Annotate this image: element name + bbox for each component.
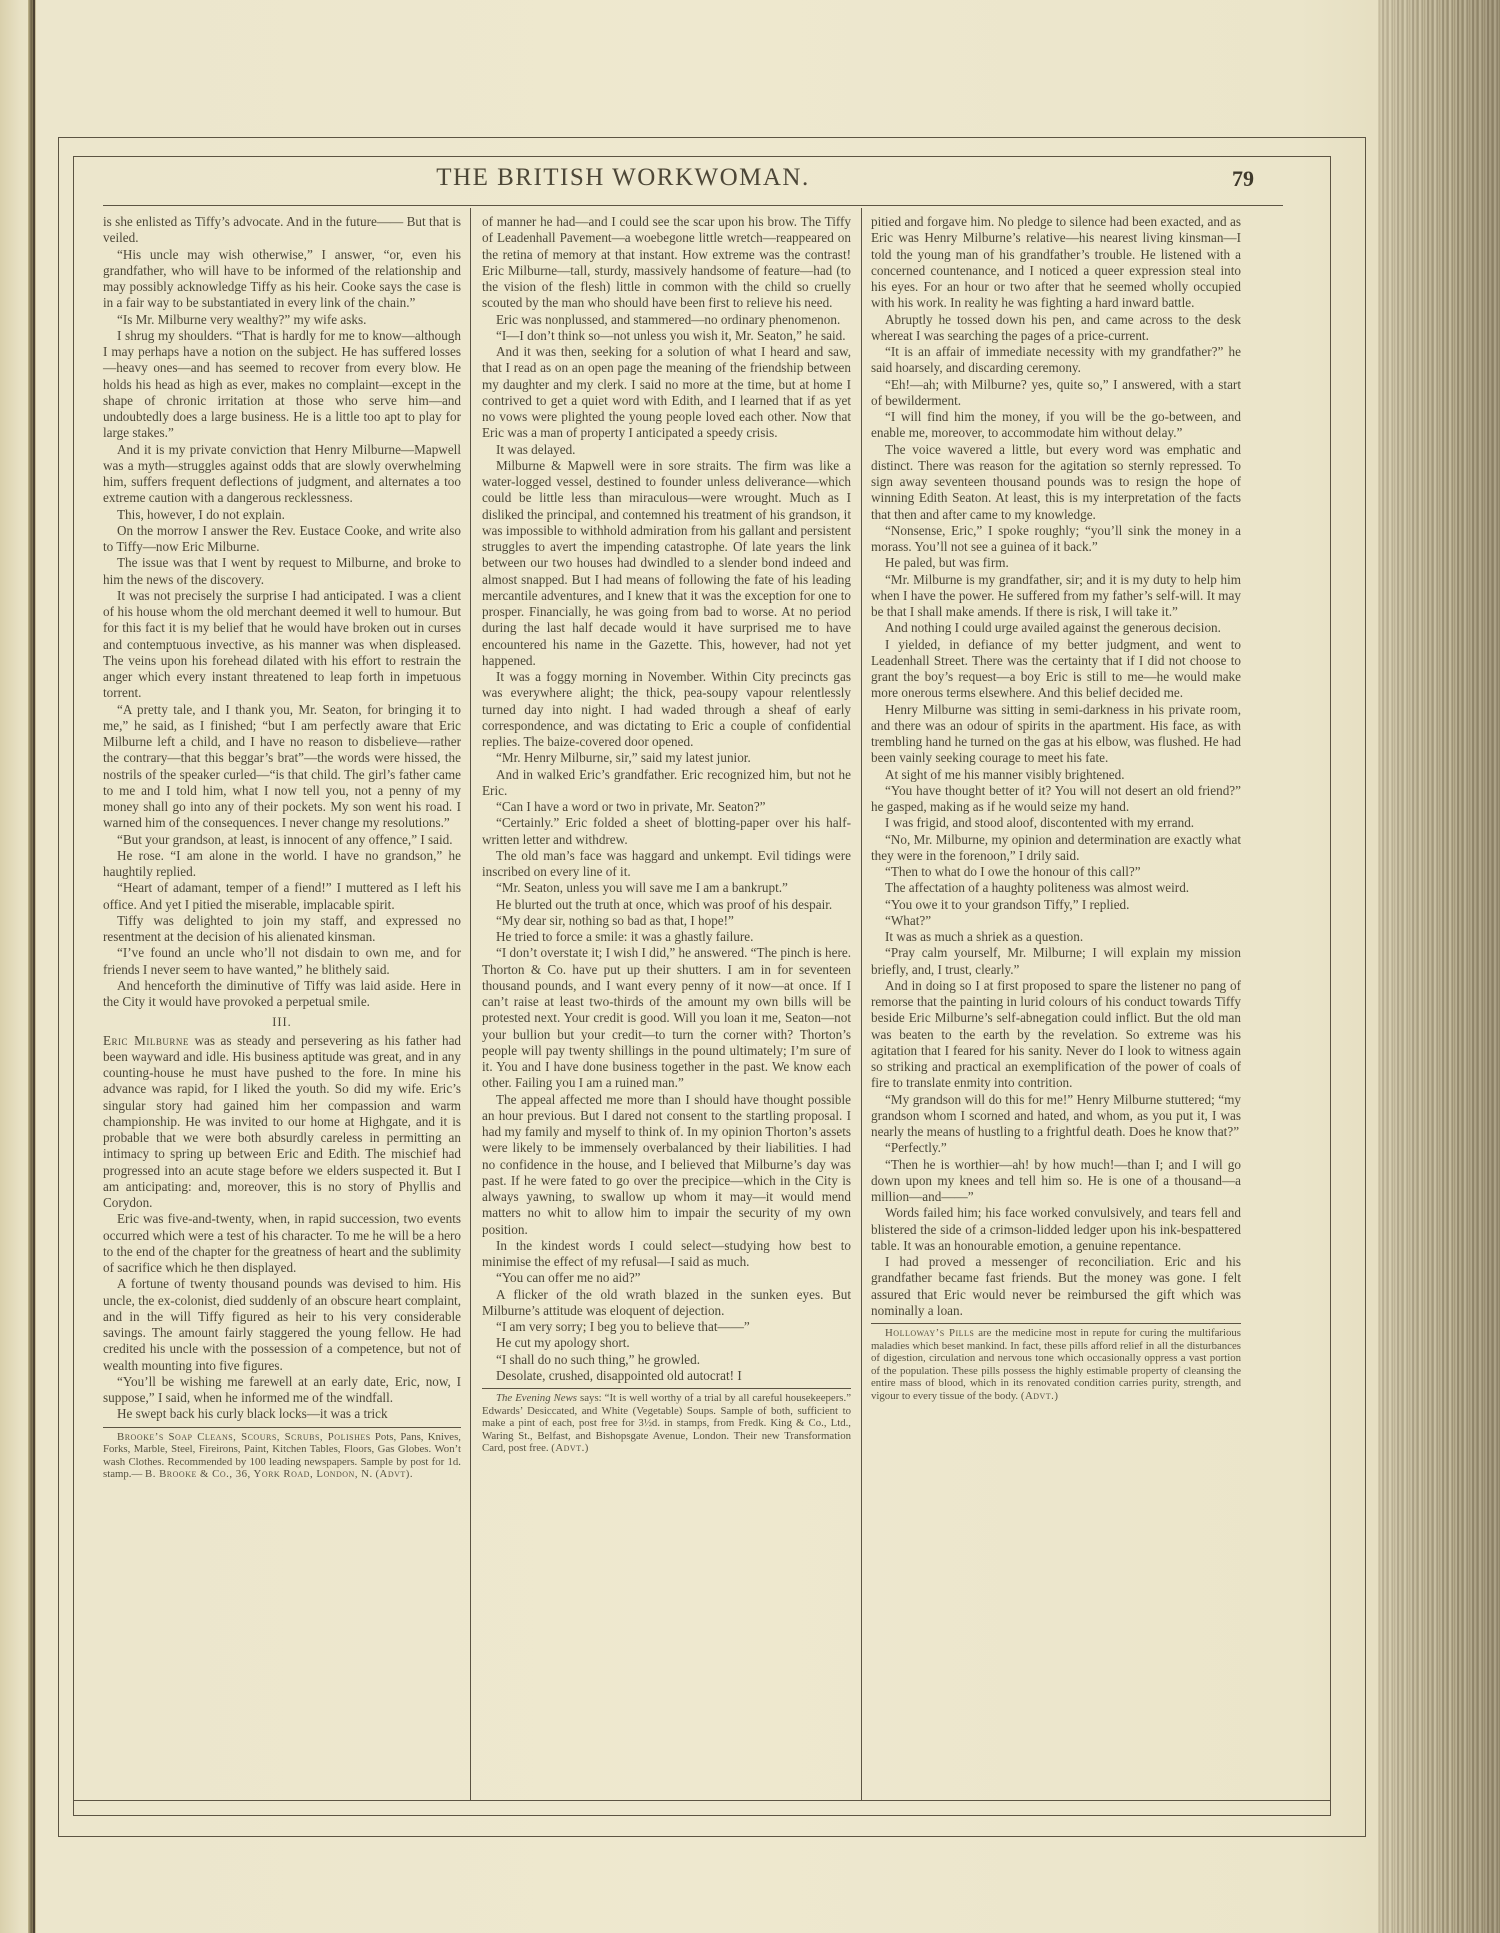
paragraph: “I don’t overstate it; I wish I did,” he… [482,945,851,1091]
article-column-1: is she enlisted as Tiffy’s advocate. And… [103,214,461,1481]
section-number: III. [103,1014,461,1030]
advert-tag: (Advt.) [551,1442,589,1454]
paragraph: “You can offer me no aid?” [482,1270,851,1286]
paragraph: It was delayed. [482,442,851,458]
paragraph: “I am very sorry; I beg you to believe t… [482,1319,851,1335]
paragraph: He paled, but was firm. [871,555,1241,571]
paragraph: Eric was five-and-twenty, when, in rapid… [103,1211,461,1276]
advert-lead: The Evening News [496,1392,577,1404]
paragraph: And in walked Eric’s grandfather. Eric r… [482,767,851,800]
paragraph: of manner he had—and I could see the sca… [482,214,851,312]
advert-signature: B. Brooke & Co., 36, York Road, London, … [145,1468,373,1480]
paragraph: “I shall do no such thing,” he growled. [482,1352,851,1368]
paragraph: In the kindest words I could select—stud… [482,1238,851,1271]
paragraph: It was a foggy morning in November. With… [482,669,851,750]
paragraph: I shrug my shoulders. “That is hardly fo… [103,328,461,442]
paragraph: The affectation of a haughty politeness … [871,880,1241,896]
paragraph: “Certainly.” Eric folded a sheet of blot… [482,815,851,848]
paragraph: The voice wavered a little, but every wo… [871,442,1241,523]
paragraph: He rose. “I am alone in the world. I hav… [103,848,461,881]
advert-tag: (Advt). [375,1468,413,1480]
masthead: THE BRITISH WORKWOMAN. 79 [73,164,1331,204]
paragraph: Milburne & Mapwell were in sore straits.… [482,458,851,669]
paragraph: “Heart of adamant, temper of a fiend!” I… [103,880,461,913]
paragraph: “Nonsense, Eric,” I spoke roughly; “you’… [871,523,1241,556]
paragraph: “You owe it to your grandson Tiffy,” I r… [871,897,1241,913]
paragraph: He tried to force a smile: it was a ghas… [482,929,851,945]
paragraph: “Then he is worthier—ah! by how much!—th… [871,1157,1241,1206]
article-column-2: of manner he had—and I could see the sca… [482,214,851,1455]
paragraph: Tiffy was delighted to join my staff, an… [103,913,461,946]
paragraph: The appeal affected me more than I shoul… [482,1092,851,1238]
paragraph: The issue was that I went by request to … [103,555,461,588]
paragraph: “My grandson will do this for me!” Henry… [871,1092,1241,1141]
advert-lead: Holloway’s Pills [885,1327,974,1339]
paragraph: pitied and forgave him. No pledge to sil… [871,214,1241,312]
page-number: 79 [1193,166,1293,192]
paragraph: “I—I don’t think so—not unless you wish … [482,328,851,344]
paragraph: “You have thought better of it? You will… [871,783,1241,816]
advert-rule [482,1388,851,1389]
advert-brookes-soap: Brooke’s Soap Cleans, Scours, Scrubs, Po… [103,1431,461,1481]
paragraph: On the morrow I answer the Rev. Eustace … [103,523,461,556]
paragraph: And in doing so I at first proposed to s… [871,978,1241,1092]
paragraph: “No, Mr. Milburne, my opinion and determ… [871,832,1241,865]
advert-tag: (Advt.) [1021,1390,1059,1402]
header-rule [103,205,1283,206]
paragraph: “Mr. Henry Milburne, sir,” said my lates… [482,750,851,766]
paragraph-text: was as steady and persevering as his fat… [103,1033,461,1211]
paragraph: He swept back his curly black locks—it w… [103,1406,461,1422]
paragraph: This, however, I do not explain. [103,507,461,523]
advert-edwards-soups: The Evening News says: “It is well worth… [482,1392,851,1455]
advert-lead: Brooke’s Soap Cleans, Scours, Scrubs, Po… [117,1431,371,1443]
paragraph: It was as much a shriek as a question. [871,929,1241,945]
paragraph: And henceforth the diminutive of Tiffy w… [103,978,461,1011]
paragraph: is she enlisted as Tiffy’s advocate. And… [103,214,461,247]
section-opening-paragraph: Eric Milburne was as steady and persever… [103,1033,461,1212]
paragraph: “Then to what do I owe the honour of thi… [871,864,1241,880]
paragraph: “Pray calm yourself, Mr. Milburne; I wil… [871,945,1241,978]
column-divider [470,208,471,1800]
paragraph: Words failed him; his face worked convul… [871,1205,1241,1254]
paragraph: “I will find him the money, if you will … [871,409,1241,442]
paragraph: It was not precisely the surprise I had … [103,588,461,702]
paragraph: “His uncle may wish otherwise,” I answer… [103,247,461,312]
paragraph: The old man’s face was haggard and unkem… [482,848,851,881]
paragraph: And it was then, seeking for a solution … [482,344,851,442]
paragraph: A fortune of twenty thousand pounds was … [103,1276,461,1374]
paragraph: “Mr. Milburne is my grandfather, sir; an… [871,572,1241,621]
footer-rule [73,1800,1331,1801]
publication-title: THE BRITISH WORKWOMAN. [73,164,1173,192]
gutter-binding-line [33,0,35,1933]
article-column-3: pitied and forgave him. No pledge to sil… [871,214,1241,1403]
paragraph: “Can I have a word or two in private, Mr… [482,799,851,815]
paragraph: Eric was nonplussed, and stammered—no or… [482,312,851,328]
paragraph: He cut my apology short. [482,1335,851,1351]
column-divider [861,208,862,1800]
paragraph: “I’ve found an uncle who’ll not disdain … [103,945,461,978]
paragraph: “Mr. Seaton, unless you will save me I a… [482,880,851,896]
book-page-edges [1378,0,1500,1933]
paragraph: “Perfectly.” [871,1140,1241,1156]
paragraph: Desolate, crushed, disappointed old auto… [482,1368,851,1384]
paragraph: A flicker of the old wrath blazed in the… [482,1287,851,1320]
paragraph: “What?” [871,913,1241,929]
advert-rule [871,1323,1241,1324]
paragraph: “My dear sir, nothing so bad as that, I … [482,913,851,929]
paragraph: I yielded, in defiance of my better judg… [871,637,1241,702]
paragraph: At sight of me his manner visibly bright… [871,767,1241,783]
paragraph: “Is Mr. Milburne very wealthy?” my wife … [103,312,461,328]
paragraph: “But your grandson, at least, is innocen… [103,832,461,848]
paragraph: “You’ll be wishing me farewell at an ear… [103,1374,461,1407]
advert-holloways-pills: Holloway’s Pills are the medicine most i… [871,1327,1241,1403]
paragraph: I had proved a messenger of reconciliati… [871,1254,1241,1319]
paragraph: He blurted out the truth at once, which … [482,897,851,913]
paragraph: Henry Milburne was sitting in semi-darkn… [871,702,1241,767]
paragraph: And it is my private conviction that Hen… [103,442,461,507]
section-lead-smallcaps: Eric Milburne [103,1033,189,1048]
paragraph: “It is an affair of immediate necessity … [871,344,1241,377]
paragraph: “Eh!—ah; with Milburne? yes, quite so,” … [871,377,1241,410]
paragraph: And nothing I could urge availed against… [871,620,1241,636]
paragraph: Abruptly he tossed down his pen, and cam… [871,312,1241,345]
paragraph: I was frigid, and stood aloof, disconten… [871,815,1241,831]
paragraph: “A pretty tale, and I thank you, Mr. Sea… [103,702,461,832]
advert-rule [103,1427,461,1428]
